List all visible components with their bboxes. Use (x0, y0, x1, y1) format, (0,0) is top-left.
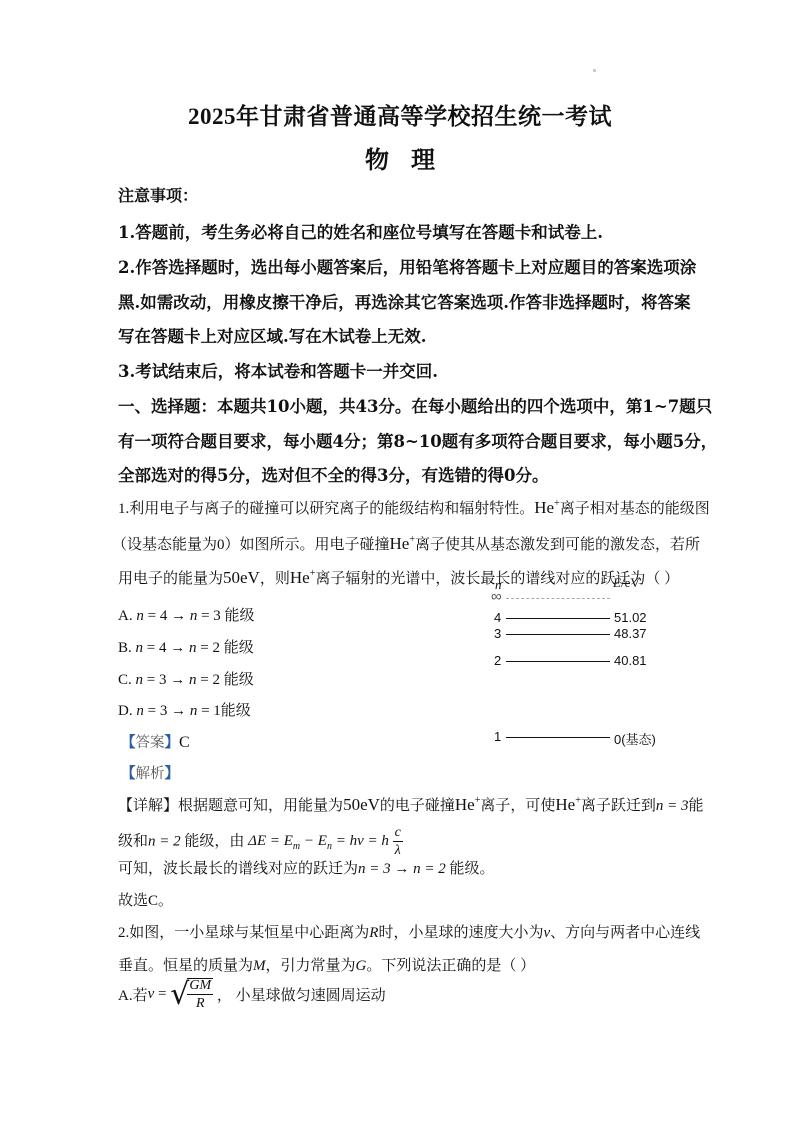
infinity-level-line (506, 598, 610, 599)
ion-symbol: He+ (390, 534, 415, 553)
level-2-line (506, 661, 610, 662)
q1-option-d: D. n = 3 → n = 1能级 (118, 699, 251, 720)
analysis-tag: 解析 (136, 766, 165, 782)
section-intro-2: 有一项符合题目要求，每小题4分；第8~10题有多项符合题目要求，每小题5分， (118, 428, 717, 452)
q1-line-2: （设基态能量为0）如图所示。用电子碰撞He+离子使其从基态激发到可能的激发态，若… (112, 533, 700, 554)
exam-title: 2025年甘肃省普通高等学校招生统一考试 (0, 98, 800, 131)
section-intro-3: 全部选对的得5分，选对但不全的得3分，有选错的得0分。 (118, 462, 548, 486)
q1-option-c: C. n = 3 → n = 2 能级 (118, 668, 254, 689)
level-2-n: 2 (494, 653, 501, 668)
detail-line-1: 【详解】根据题意可知，用能量为50eV的电子碰撞He+离子，可使He+离子跃迁到… (118, 794, 704, 815)
level-4-n: 4 (494, 610, 501, 625)
energy-axis-label: E/eV (613, 575, 640, 591)
level-1-n: 1 (494, 729, 501, 744)
answer-row: 【答案】C (121, 731, 190, 752)
level-3-energy: 48.37 (614, 626, 647, 641)
scan-artifact (593, 69, 596, 72)
q1-line-1: 1.利用电子与离子的碰撞可以研究离子的能级结构和辐射特性。He+离子相对基态的能… (118, 497, 710, 518)
ion-symbol: He+ (290, 568, 315, 587)
q1-option-b: B. n = 4 → n = 2 能级 (118, 636, 254, 657)
q2-option-a: A.若v = √GMR ， 小星球做匀速圆周运动 (118, 977, 386, 1012)
level-2-energy: 40.81 (614, 653, 647, 668)
notice-item-3: 3.考试结束后，将本试卷和答题卡一并交回. (118, 358, 438, 382)
energy-level-diagram: n E/eV ∞ 4 51.02 3 48.37 2 40.81 1 0(基态) (460, 565, 700, 755)
level-4-line (506, 618, 610, 619)
exam-subject: 物理 (0, 140, 800, 175)
notice-heading: 注意事项： (118, 183, 198, 206)
level-4-energy: 51.02 (614, 610, 647, 625)
detail-line-2: 级和n = 2 能级，由 ΔE = Em − En = hν = h cλ (118, 826, 403, 858)
level-3-line (506, 634, 610, 635)
ion-symbol: He+ (534, 498, 559, 517)
notice-item-2: 2.作答选择题时，选出每小题答案后，用铅笔将答题卡上对应题目的答案选项涂 (118, 254, 696, 278)
detail-tag: 详解 (133, 798, 163, 814)
energy-value: 50eV (223, 568, 260, 587)
sqrt-gm-over-r: √GMR (170, 977, 213, 1012)
level-3-n: 3 (494, 626, 501, 641)
section-intro-1: 一、选择题：本题共10小题，共43分。在每小题给出的四个选项中，第1~7题只 (118, 393, 712, 417)
answer-tag: 答案 (136, 735, 165, 751)
q2-line-1: 2.如图，一小星球与某恒星中心距离为R时，小星球的速度大小为v、方向与两者中心连… (118, 921, 700, 942)
level-1-energy: 0(基态) (614, 729, 656, 748)
q2-line-2: 垂直。恒星的质量为M，引力常量为G。下列说法正确的是（ ） (118, 954, 535, 975)
detail-line-3: 可知，波长最长的谱线对应的跃迁为n = 3 → n = 2 能级。 (118, 857, 495, 878)
notice-item-1: 1.答题前，考生务必将自己的姓名和座位号填写在答题卡和试卷上. (118, 219, 603, 243)
notice-item-2-cont: 黑.如需改动，用橡皮擦干净后，再选涂其它答案选项.作答非选择题时，将答案 (118, 289, 691, 313)
energy-formula: ΔE = Em − En = hν = h (248, 833, 389, 849)
c-over-lambda-fraction: cλ (393, 826, 403, 858)
answer-value: C (179, 734, 190, 751)
analysis-row: 【解析】 (121, 762, 179, 783)
q1-conclusion: 故选C。 (118, 889, 173, 910)
level-1-line (506, 737, 610, 738)
notice-item-2-cont2: 写在答题卡上对应区域.写在木试卷上无效. (118, 323, 427, 347)
q1-option-a: A. n = 4 → n = 3 能级 (118, 604, 255, 625)
infinity-label: ∞ (491, 588, 502, 605)
